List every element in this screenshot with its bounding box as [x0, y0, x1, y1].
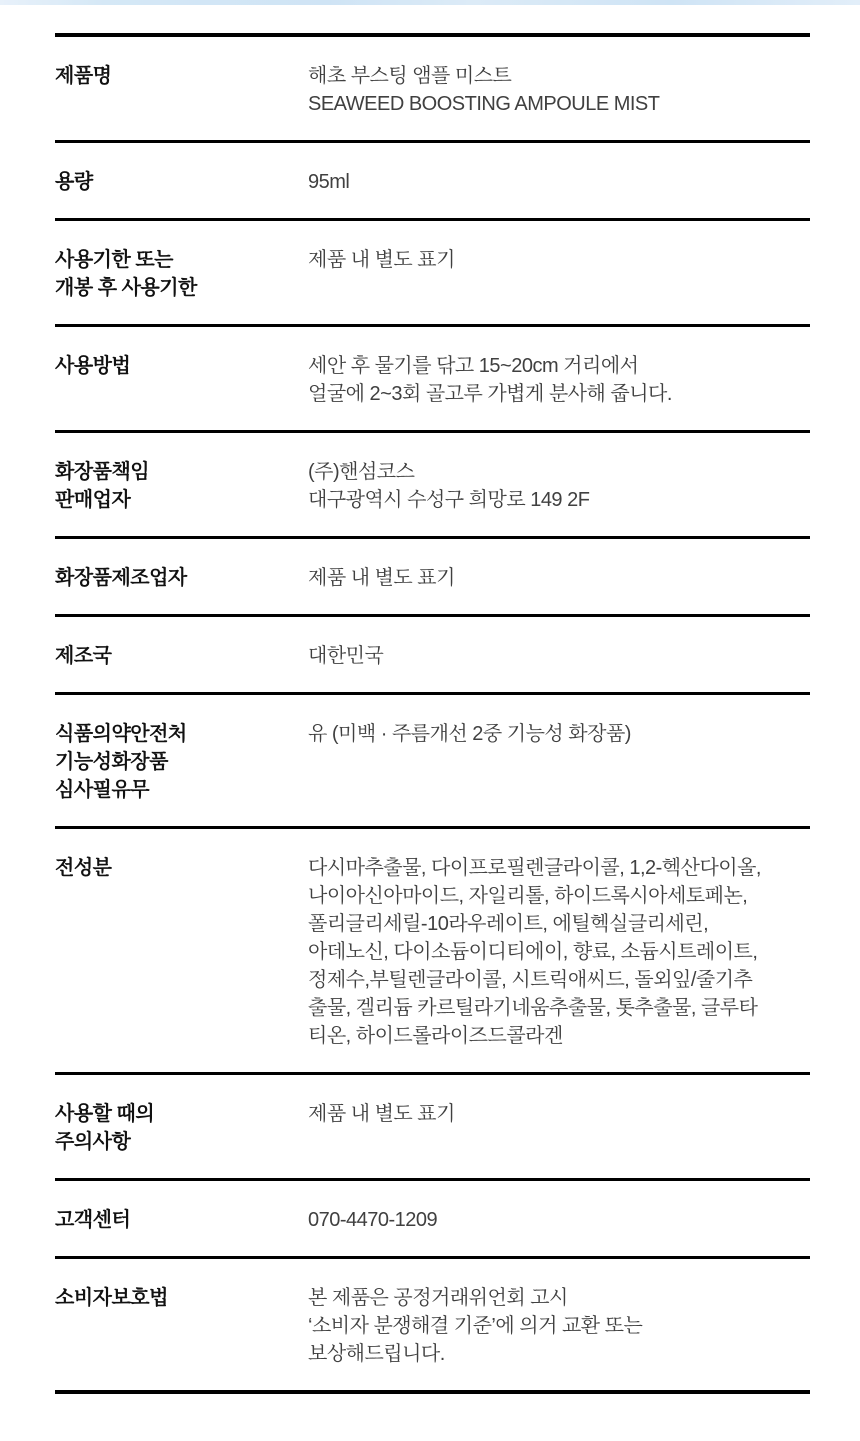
row-value: 대한민국	[308, 642, 810, 670]
table-row: 제품명해초 부스팅 앰플 미스트SEAWEED BOOSTING AMPOULE…	[55, 37, 810, 143]
row-label: 용량	[55, 168, 308, 196]
row-value: 해초 부스팅 앰플 미스트SEAWEED BOOSTING AMPOULE MI…	[308, 62, 810, 118]
row-label: 화장품제조업자	[55, 564, 308, 592]
row-label: 제품명	[55, 62, 308, 90]
table-row: 사용기한 또는개봉 후 사용기한제품 내 별도 표기	[55, 221, 810, 327]
value-line: (주)핸섬코스	[308, 458, 810, 486]
label-line: 식품의약안전처	[55, 720, 308, 748]
label-line: 판매업자	[55, 486, 308, 514]
row-label: 제조국	[55, 642, 308, 670]
row-label: 고객센터	[55, 1206, 308, 1234]
value-line: 나이아신아마이드, 자일리톨, 하이드록시아세토페논,	[308, 882, 810, 910]
row-value: 070-4470-1209	[308, 1206, 810, 1234]
label-line: 소비자보호법	[55, 1284, 308, 1312]
value-line: 제품 내 별도 표기	[308, 1100, 810, 1128]
table-row: 고객센터070-4470-1209	[55, 1181, 810, 1259]
table-row: 제조국대한민국	[55, 617, 810, 695]
label-line: 사용기한 또는	[55, 246, 308, 274]
label-line: 화장품책임	[55, 458, 308, 486]
table-row: 화장품제조업자제품 내 별도 표기	[55, 539, 810, 617]
value-line: 제품 내 별도 표기	[308, 246, 810, 274]
value-line: 아데노신, 다이소듐이디티에이, 향료, 소듐시트레이트,	[308, 938, 810, 966]
label-line: 기능성화장품	[55, 748, 308, 776]
row-value: 95ml	[308, 168, 810, 196]
label-line: 전성분	[55, 854, 308, 882]
label-line: 제조국	[55, 642, 308, 670]
row-label: 식품의약안전처기능성화장품심사필유무	[55, 720, 308, 804]
row-value: 제품 내 별도 표기	[308, 564, 810, 592]
table-row: 소비자보호법본 제품은 공정거래위언회 고시‘소비자 분쟁해결 기준’에 의거 …	[55, 1259, 810, 1390]
value-line: 티온, 하이드롤라이즈드콜라겐	[308, 1022, 810, 1050]
value-line: 출물, 겔리듐 카르틸라기네움추출물, 톳추출물, 글루타	[308, 994, 810, 1022]
table-row: 전성분다시마추출물, 다이프로필렌글라이콜, 1,2-헥산다이올,나이아신아마이…	[55, 829, 810, 1075]
value-line: 보상해드립니다.	[308, 1340, 810, 1368]
value-line: 95ml	[308, 168, 810, 196]
label-line: 화장품제조업자	[55, 564, 308, 592]
product-info-page: 제품명해초 부스팅 앰플 미스트SEAWEED BOOSTING AMPOULE…	[0, 0, 860, 1394]
row-value: 세안 후 물기를 닦고 15~20cm 거리에서얼굴에 2~3회 골고루 가볍게…	[308, 352, 810, 408]
table-row: 식품의약안전처기능성화장품심사필유무유 (미백 · 주름개선 2중 기능성 화장…	[55, 695, 810, 829]
table-row: 사용방법세안 후 물기를 닦고 15~20cm 거리에서얼굴에 2~3회 골고루…	[55, 327, 810, 433]
row-value: 유 (미백 · 주름개선 2중 기능성 화장품)	[308, 720, 810, 748]
label-line: 주의사항	[55, 1128, 308, 1156]
table-row: 용량95ml	[55, 143, 810, 221]
row-label: 사용할 때의주의사항	[55, 1100, 308, 1156]
value-line: 유 (미백 · 주름개선 2중 기능성 화장품)	[308, 720, 810, 748]
row-value: 다시마추출물, 다이프로필렌글라이콜, 1,2-헥산다이올,나이아신아마이드, …	[308, 854, 810, 1050]
row-label: 사용기한 또는개봉 후 사용기한	[55, 246, 308, 302]
row-label: 화장품책임판매업자	[55, 458, 308, 514]
table-row: 사용할 때의주의사항제품 내 별도 표기	[55, 1075, 810, 1181]
label-line: 사용방법	[55, 352, 308, 380]
row-value: 제품 내 별도 표기	[308, 1100, 810, 1128]
product-spec-table: 제품명해초 부스팅 앰플 미스트SEAWEED BOOSTING AMPOULE…	[55, 33, 810, 1394]
table-row: 화장품책임판매업자(주)핸섬코스대구광역시 수성구 희망로 149 2F	[55, 433, 810, 539]
label-line: 용량	[55, 168, 308, 196]
row-label: 전성분	[55, 854, 308, 882]
row-value: 본 제품은 공정거래위언회 고시‘소비자 분쟁해결 기준’에 의거 교환 또는보…	[308, 1284, 810, 1368]
row-label: 소비자보호법	[55, 1284, 308, 1312]
row-value: (주)핸섬코스대구광역시 수성구 희망로 149 2F	[308, 458, 810, 514]
value-line: SEAWEED BOOSTING AMPOULE MIST	[308, 90, 810, 118]
value-line: 대한민국	[308, 642, 810, 670]
label-line: 사용할 때의	[55, 1100, 308, 1128]
value-line: 얼굴에 2~3회 골고루 가볍게 분사해 줍니다.	[308, 380, 810, 408]
value-line: 본 제품은 공정거래위언회 고시	[308, 1284, 810, 1312]
value-line: 세안 후 물기를 닦고 15~20cm 거리에서	[308, 352, 810, 380]
row-label: 사용방법	[55, 352, 308, 380]
value-line: 해초 부스팅 앰플 미스트	[308, 62, 810, 90]
top-decor-strip	[0, 0, 860, 5]
label-line: 심사필유무	[55, 776, 308, 804]
row-value: 제품 내 별도 표기	[308, 246, 810, 274]
value-line: 정제수,부틸렌글라이콜, 시트릭애씨드, 돌외잎/줄기추	[308, 966, 810, 994]
label-line: 제품명	[55, 62, 308, 90]
label-line: 개봉 후 사용기한	[55, 274, 308, 302]
value-line: 다시마추출물, 다이프로필렌글라이콜, 1,2-헥산다이올,	[308, 854, 810, 882]
value-line: 대구광역시 수성구 희망로 149 2F	[308, 486, 810, 514]
value-line: ‘소비자 분쟁해결 기준’에 의거 교환 또는	[308, 1312, 810, 1340]
value-line: 070-4470-1209	[308, 1206, 810, 1234]
value-line: 제품 내 별도 표기	[308, 564, 810, 592]
label-line: 고객센터	[55, 1206, 308, 1234]
value-line: 폴리글리세릴-10라우레이트, 에틸헥실글리세린,	[308, 910, 810, 938]
